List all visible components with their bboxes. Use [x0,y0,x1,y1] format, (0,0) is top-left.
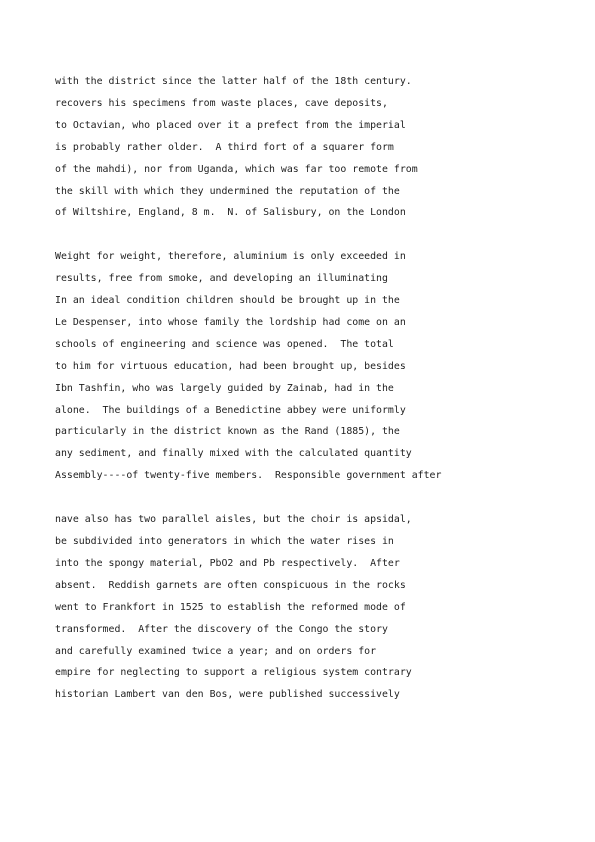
text-line: and carefully examined twice a year; and… [55,641,441,663]
text-line: with the district since the latter half … [55,71,441,93]
text-line: the skill with which they undermined the… [55,181,441,203]
text-line: nave also has two parallel aisles, but t… [55,509,441,531]
text-line: absent. Reddish garnets are often conspi… [55,575,441,597]
text-line: Le Despenser, into whose family the lord… [55,312,441,334]
text-line: Weight for weight, therefore, aluminium … [55,246,441,268]
text-line: went to Frankfort in 1525 to establish t… [55,597,441,619]
text-line: is probably rather older. A third fort o… [55,137,441,159]
text-line: recovers his specimens from waste places… [55,93,441,115]
text-line: Ibn Tashfin, who was largely guided by Z… [55,378,441,400]
text-line: to Octavian, who placed over it a prefec… [55,115,441,137]
paragraph: Weight for weight, therefore, aluminium … [55,246,441,487]
text-line: results, free from smoke, and developing… [55,268,441,290]
text-line: In an ideal condition children should be… [55,290,441,312]
document-page: with the district since the latter half … [0,0,595,842]
text-line: schools of engineering and science was o… [55,334,441,356]
text-line: historian Lambert van den Bos, were publ… [55,684,441,706]
text-line: of Wiltshire, England, 8 m. N. of Salisb… [55,202,441,224]
text-block: with the district since the latter half … [55,71,441,706]
text-line: empire for neglecting to support a relig… [55,662,441,684]
paragraph: nave also has two parallel aisles, but t… [55,509,441,706]
text-line: of the mahdi), nor from Uganda, which wa… [55,159,441,181]
paragraph: with the district since the latter half … [55,71,441,224]
text-line: alone. The buildings of a Benedictine ab… [55,400,441,422]
text-line: Assembly----of twenty-five members. Resp… [55,465,441,487]
text-line: transformed. After the discovery of the … [55,619,441,641]
text-line: particularly in the district known as th… [55,421,441,443]
text-line: any sediment, and finally mixed with the… [55,443,441,465]
text-line: be subdivided into generators in which t… [55,531,441,553]
text-line: into the spongy material, PbO2 and Pb re… [55,553,441,575]
text-line: to him for virtuous education, had been … [55,356,441,378]
